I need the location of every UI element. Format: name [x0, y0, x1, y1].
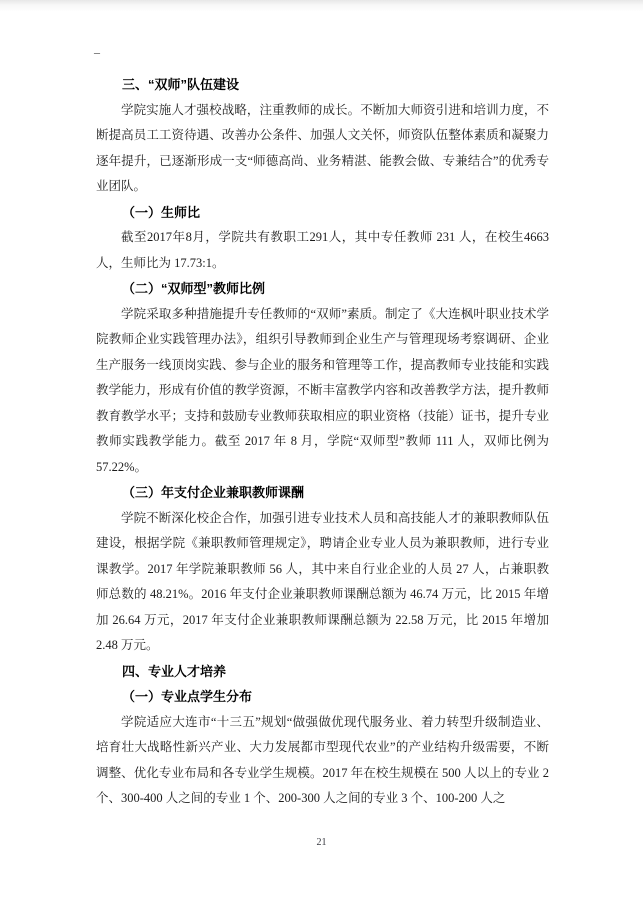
paragraph-parttime-teacher-pay: 学院不断深化校企合作，加强引进专业技术人员和高技能人才的兼职教师队伍建设，根据学…: [96, 506, 549, 659]
subheading-major-student-distribution: （一）专业点学生分布: [96, 684, 549, 710]
paragraph-major-student-distribution: 学院适应大连市“十三五”规划“做强做优现代服务业、着力转型升级制造业、培育壮大战…: [96, 710, 549, 812]
paragraph-shuangshi-intro: 学院实施人才强校战略，注重教师的成长。不断加大师资引进和培训力度，不断提高员工工…: [96, 98, 549, 200]
document-page: { "artifacts": { "margin_dash": "–" }, "…: [0, 0, 643, 912]
section-talent-cultivation: 四、专业人才培养 （一）专业点学生分布 学院适应大连市“十三五”规划“做强做优现…: [96, 659, 549, 812]
paragraph-double-qualified-ratio: 学院采取多种措施提升专任教师的“双师”素质。制定了《大连枫叶职业技术学院教师企业…: [96, 302, 549, 481]
subheading-student-teacher-ratio: （一）生师比: [96, 200, 549, 226]
subheading-parttime-teacher-pay: （三）年支付企业兼职教师课酬: [96, 480, 549, 506]
section-heading-talent-cultivation: 四、专业人才培养: [96, 659, 549, 685]
page-number: 21: [0, 836, 643, 850]
section-shuangshi-team-building: 三、“双师”队伍建设 学院实施人才强校战略，注重教师的成长。不断加大师资引进和培…: [96, 72, 549, 659]
margin-dash-mark: –: [94, 46, 100, 58]
subheading-double-qualified-ratio: （二）“双师型”教师比例: [96, 276, 549, 302]
section-heading-shuangshi: 三、“双师”队伍建设: [96, 72, 549, 98]
document-body: 三、“双师”队伍建设 学院实施人才强校战略，注重教师的成长。不断加大师资引进和培…: [96, 72, 549, 812]
paragraph-student-teacher-ratio: 截至2017年8月，学院共有教职工291人，其中专任教师 231 人，在校生46…: [96, 225, 549, 276]
page-top-edge-shadow: [0, 0, 643, 12]
